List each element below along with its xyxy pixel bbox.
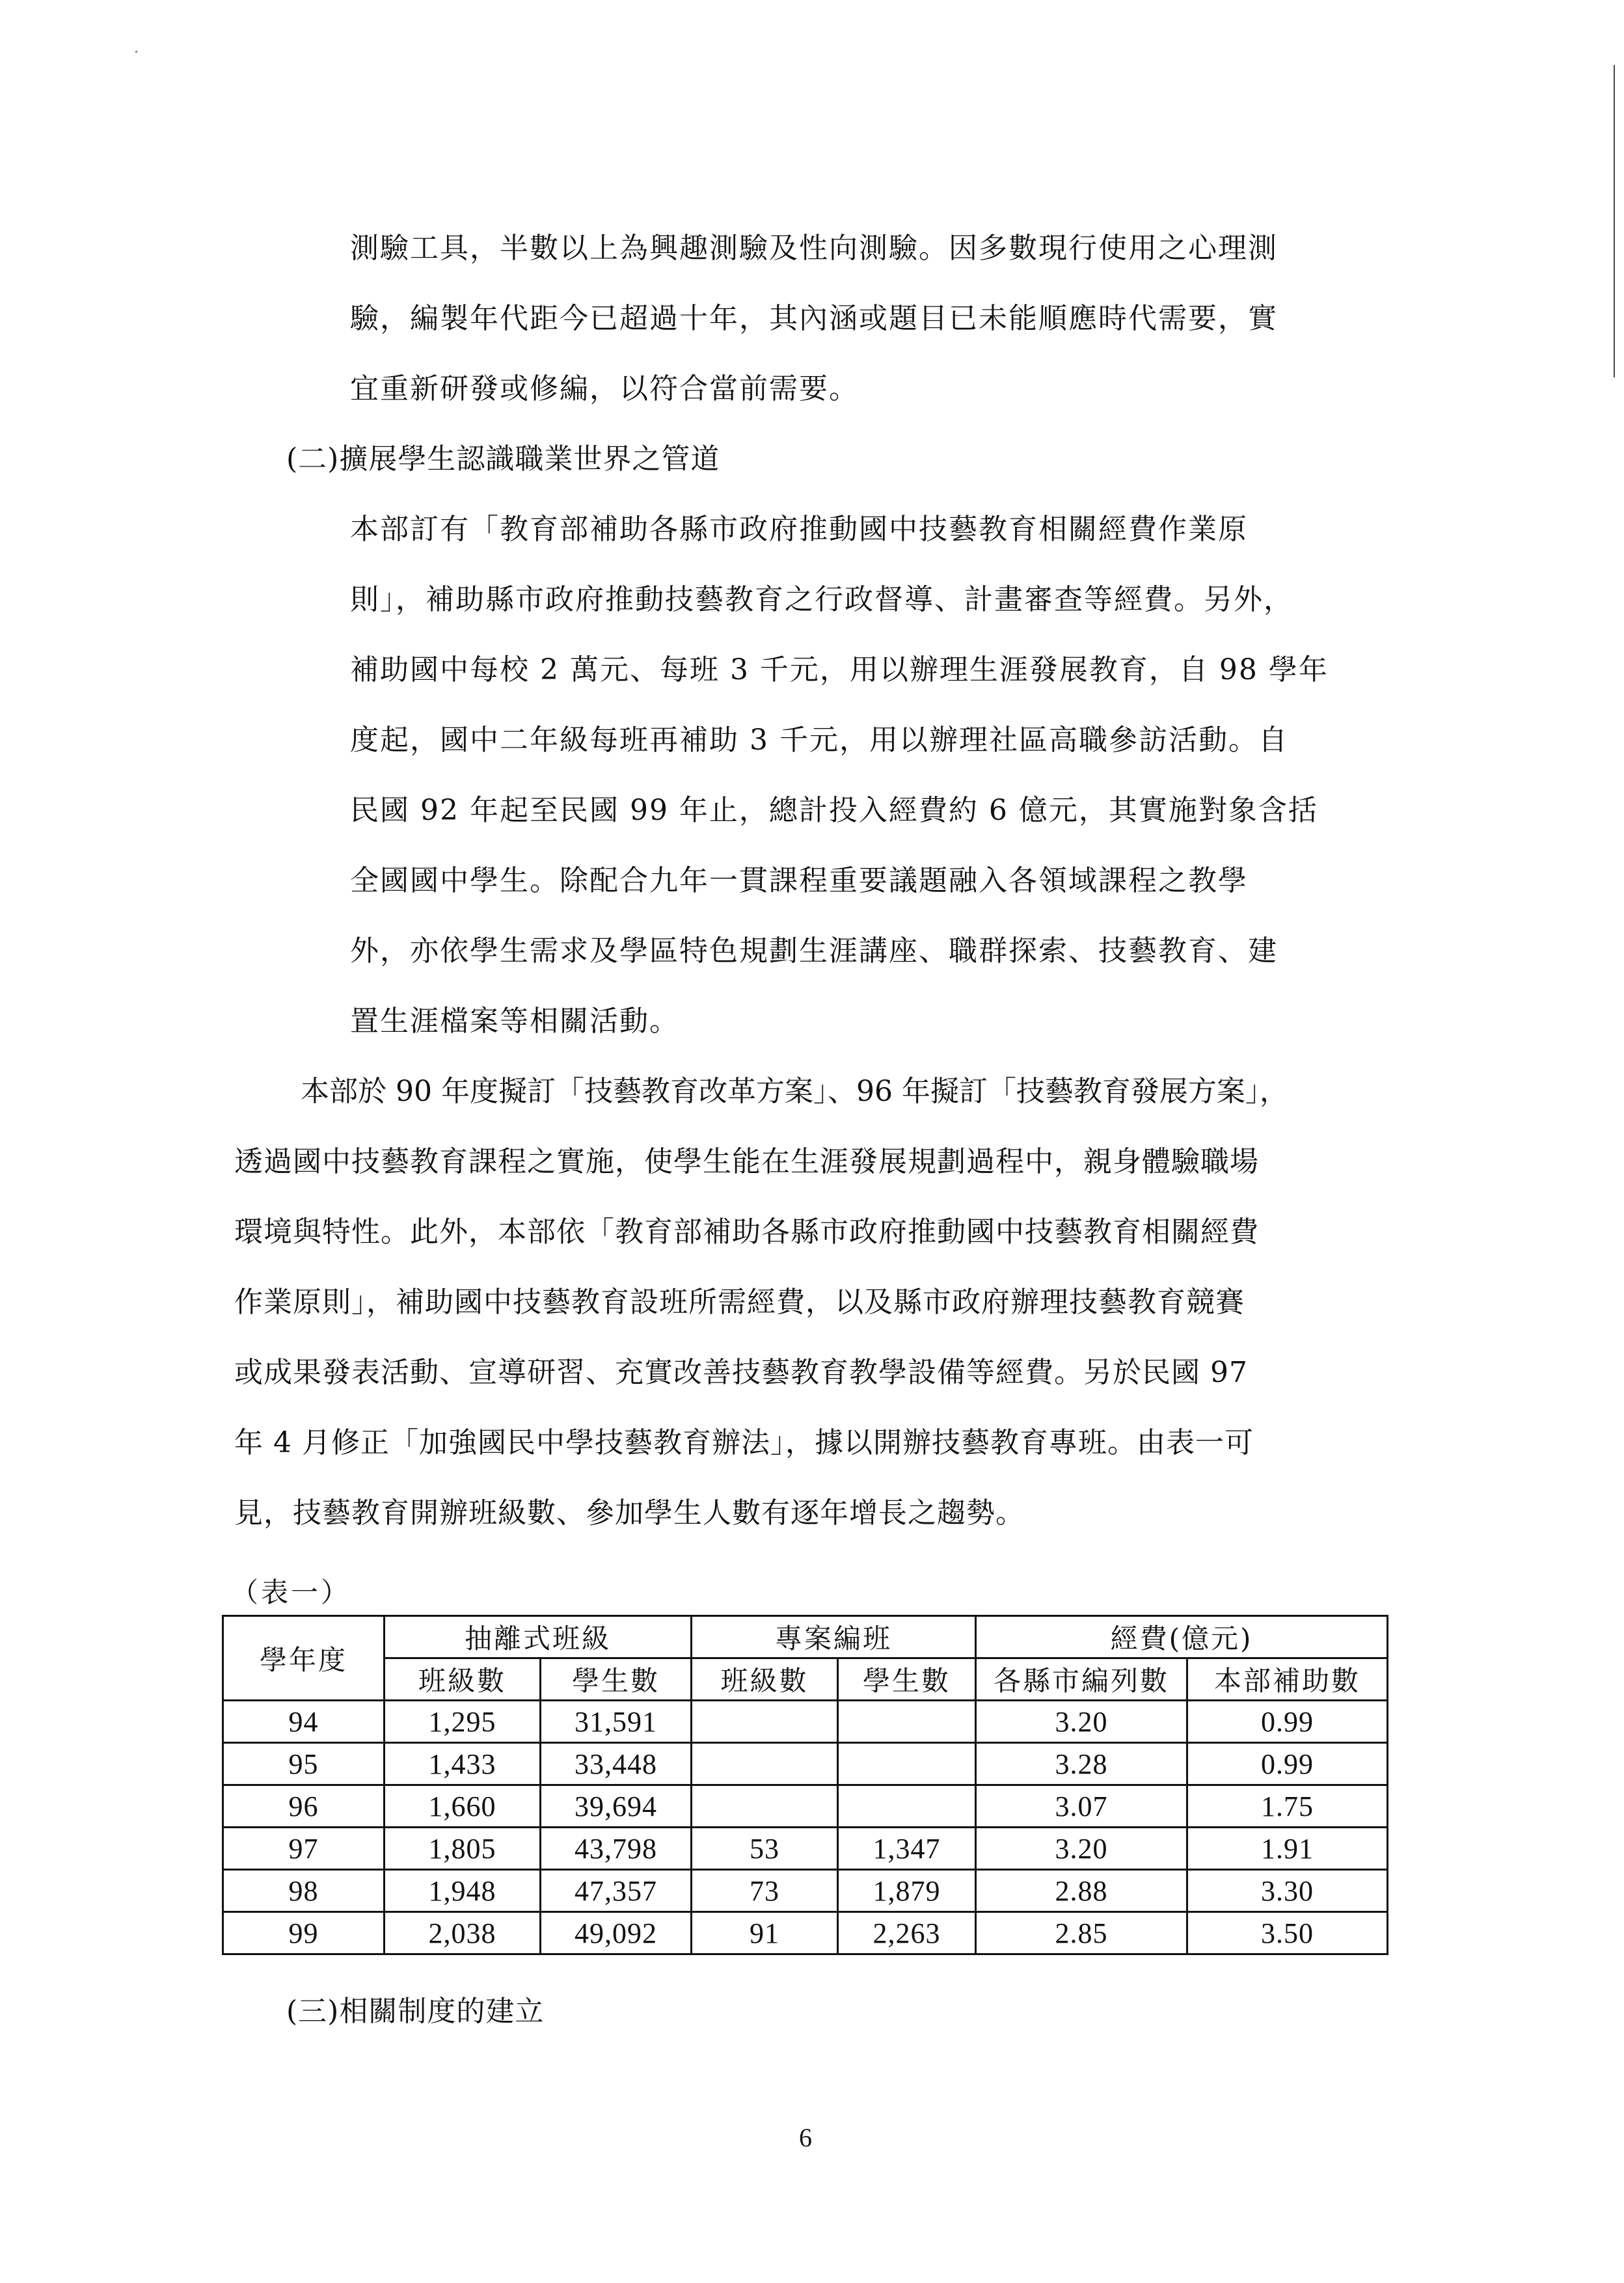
section-heading-2: (二)擴展學生認識職業世界之管道 (286, 441, 720, 478)
cell-special-students (838, 1743, 976, 1785)
paragraph-3-line-7: 見，技藝教育開辦班級數、參加學生人數有逐年增長之趨勢。 (234, 1495, 1025, 1532)
cell-county-budget: 3.28 (976, 1743, 1187, 1785)
cell-year: 95 (223, 1743, 385, 1785)
table-header-row-1: 學年度 抽離式班級 專案編班 經費(億元) (223, 1616, 1388, 1658)
cell-year: 94 (223, 1701, 385, 1743)
paragraph-2-line-1: 本部訂有「教育部補助各縣市政府推動國中技藝教育相關經費作業原 (350, 511, 1248, 548)
table-row: 94 1,295 31,591 3.20 0.99 (223, 1701, 1388, 1743)
cell-special-students (838, 1785, 976, 1828)
cell-ministry-subsidy: 3.30 (1187, 1870, 1388, 1912)
cell-pullout-students: 39,694 (541, 1785, 692, 1828)
paragraph-3-line-6: 年 4 月修正「加強國民中學技藝教育辦法」，據以開辦技藝教育專班。由表一可 (234, 1425, 1254, 1461)
header-year: 學年度 (223, 1616, 385, 1701)
cell-pullout-classes: 1,805 (385, 1828, 541, 1870)
paragraph-2-line-2: 則」，補助縣市政府推動技藝教育之行政督導、計畫審查等經費。另外， (350, 582, 1293, 618)
cell-special-classes (692, 1701, 838, 1743)
paragraph-3-line-2: 透過國中技藝教育課程之實施，使學生能在生涯發展規劃過程中，親身體驗職場 (234, 1144, 1259, 1180)
cell-county-budget: 2.85 (976, 1912, 1187, 1954)
paragraph-1-line-1: 測驗工具，半數以上為興趣測驗及性向測驗。因多數現行使用之心理測 (350, 230, 1278, 267)
cell-county-budget: 3.20 (976, 1701, 1187, 1743)
table-row: 95 1,433 33,448 3.28 0.99 (223, 1743, 1388, 1785)
cell-ministry-subsidy: 1.75 (1187, 1785, 1388, 1828)
header-pullout-classes: 抽離式班級 (385, 1616, 692, 1658)
cell-pullout-classes: 1,433 (385, 1743, 541, 1785)
subheader-county-budget: 各縣市編列數 (976, 1658, 1187, 1701)
paragraph-3-line-4: 作業原則」，補助國中技藝教育設班所需經費，以及縣市政府辦理技藝教育競賽 (234, 1284, 1245, 1321)
document-page: 測驗工具，半數以上為興趣測驗及性向測驗。因多數現行使用之心理測 驗，編製年代距今… (0, 0, 1624, 2283)
table-row: 98 1,948 47,357 73 1,879 2.88 3.30 (223, 1870, 1388, 1912)
scan-artifact-line (1614, 65, 1615, 377)
cell-ministry-subsidy: 0.99 (1187, 1701, 1388, 1743)
cell-pullout-students: 49,092 (541, 1912, 692, 1954)
cell-county-budget: 2.88 (976, 1870, 1187, 1912)
cell-year: 99 (223, 1912, 385, 1954)
subheader-pullout-student-count: 學生數 (541, 1658, 692, 1701)
cell-county-budget: 3.20 (976, 1828, 1187, 1870)
table-row: 99 2,038 49,092 91 2,263 2.85 3.50 (223, 1912, 1388, 1954)
cell-special-classes: 53 (692, 1828, 838, 1870)
cell-pullout-classes: 1,660 (385, 1785, 541, 1828)
page-number: 6 (799, 2122, 812, 2153)
cell-year: 97 (223, 1828, 385, 1870)
table-header-row-2: 班級數 學生數 班級數 學生數 各縣市編列數 本部補助數 (223, 1658, 1388, 1701)
subheader-ministry-subsidy: 本部補助數 (1187, 1658, 1388, 1701)
cell-county-budget: 3.07 (976, 1785, 1187, 1828)
table-row: 96 1,660 39,694 3.07 1.75 (223, 1785, 1388, 1828)
cell-ministry-subsidy: 3.50 (1187, 1912, 1388, 1954)
paragraph-3-line-3: 環境與特性。此外，本部依「教育部補助各縣市政府推動國中技藝教育相關經費 (234, 1214, 1259, 1250)
cell-special-students (838, 1701, 976, 1743)
paragraph-1-line-3: 宜重新研發或修編，以符合當前需要。 (350, 371, 859, 407)
cell-special-students: 2,263 (838, 1912, 976, 1954)
cell-year: 98 (223, 1870, 385, 1912)
cell-special-students: 1,879 (838, 1870, 976, 1912)
cell-special-classes (692, 1785, 838, 1828)
subheader-pullout-class-count: 班級數 (385, 1658, 541, 1701)
cell-year: 96 (223, 1785, 385, 1828)
header-special-classes: 專案編班 (692, 1616, 976, 1658)
cell-special-students: 1,347 (838, 1828, 976, 1870)
subheader-special-class-count: 班級數 (692, 1658, 838, 1701)
scan-artifact-dot (135, 51, 137, 53)
cell-special-classes: 91 (692, 1912, 838, 1954)
cell-pullout-classes: 1,295 (385, 1701, 541, 1743)
section-heading-3: (三)相關制度的建立 (286, 1993, 544, 2030)
cell-pullout-students: 31,591 (541, 1701, 692, 1743)
cell-ministry-subsidy: 0.99 (1187, 1743, 1388, 1785)
paragraph-2-line-3: 補助國中每校 2 萬元、每班 3 千元，用以辦理生涯發展教育，自 98 學年 (350, 652, 1329, 688)
cell-special-classes (692, 1743, 838, 1785)
paragraph-2-line-5: 民國 92 年起至民國 99 年止，總計投入經費約 6 億元，其實施對象含括 (350, 792, 1318, 829)
paragraph-2-line-7: 外，亦依學生需求及學區特色規劃生涯講座、職群探索、技藝教育、建 (350, 933, 1278, 969)
paragraph-3-line-1: 本部於 90 年度擬訂「技藝教育改革方案」、96 年擬訂「技藝教育發展方案」， (301, 1074, 1288, 1110)
cell-pullout-classes: 2,038 (385, 1912, 541, 1954)
paragraph-1-line-2: 驗，編製年代距今已超過十年，其內涵或題目已未能順應時代需要，實 (350, 301, 1278, 337)
table-caption: （表一） (231, 1574, 351, 1611)
paragraph-2-line-4: 度起，國中二年級每班再補助 3 千元，用以辦理社區高職參訪活動。自 (350, 722, 1288, 759)
cell-ministry-subsidy: 1.91 (1187, 1828, 1388, 1870)
paragraph-3-line-5: 或成果發表活動、宣導研習、充實改善技藝教育教學設備等經費。另於民國 97 (234, 1355, 1248, 1391)
cell-special-classes: 73 (692, 1870, 838, 1912)
paragraph-2-line-6: 全國國中學生。除配合九年一貫課程重要議題融入各領域課程之教學 (350, 863, 1248, 899)
header-funding: 經費(億元) (976, 1616, 1388, 1658)
cell-pullout-students: 33,448 (541, 1743, 692, 1785)
cell-pullout-students: 47,357 (541, 1870, 692, 1912)
cell-pullout-students: 43,798 (541, 1828, 692, 1870)
table-row: 97 1,805 43,798 53 1,347 3.20 1.91 (223, 1828, 1388, 1870)
paragraph-2-line-8: 置生涯檔案等相關活動。 (350, 1003, 679, 1040)
cell-pullout-classes: 1,948 (385, 1870, 541, 1912)
subheader-special-student-count: 學生數 (838, 1658, 976, 1701)
data-table: 學年度 抽離式班級 專案編班 經費(億元) 班級數 學生數 班級數 學生數 各縣… (222, 1615, 1388, 1955)
